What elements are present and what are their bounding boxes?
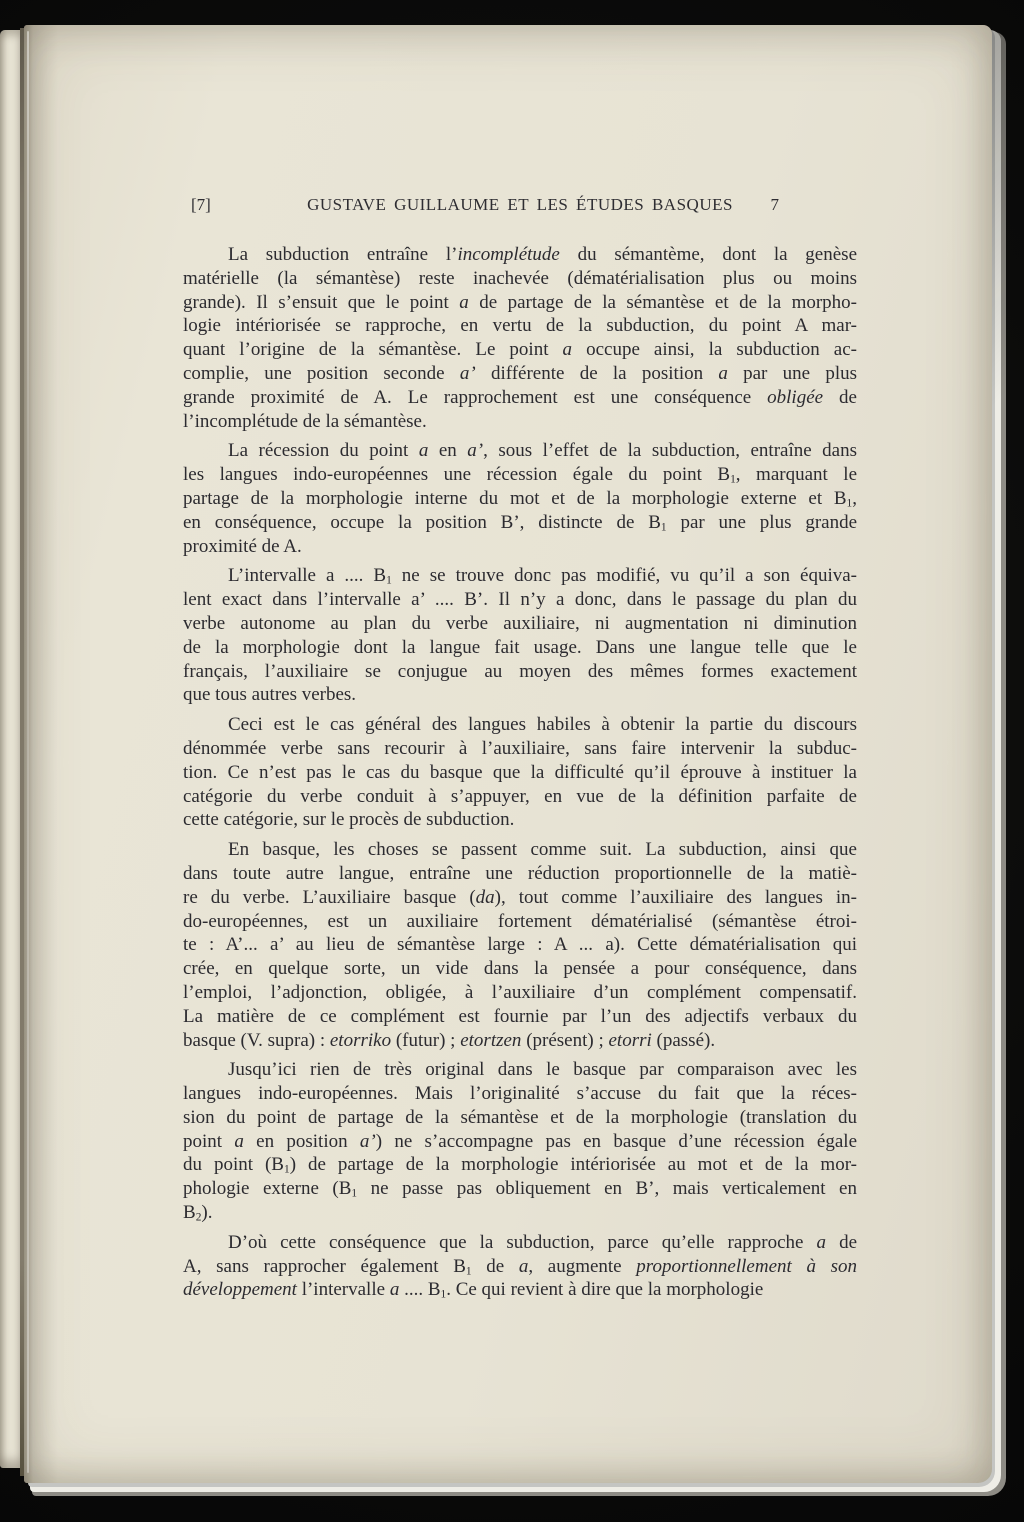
text-line: re du verbe. L’auxiliaire basque (da), t… — [183, 886, 857, 910]
text-line: développement l’intervalle a .... B1. Ce… — [183, 1278, 857, 1302]
bracket-folio: [7] — [191, 194, 211, 216]
text-line: matérielle (la sémantèse) reste inachevé… — [183, 267, 857, 291]
text-line: quant l’origine de la sémantèse. Le poin… — [183, 338, 857, 362]
text-line: de la morphologie dont la langue fait us… — [183, 636, 857, 660]
text-line: sion du point de partage de la sémantèse… — [183, 1106, 857, 1130]
text-line: complie, une position seconde a’ différe… — [183, 362, 857, 386]
text-line: les langues indo-européennes une récessi… — [183, 463, 857, 487]
paragraph: D’où cette conséquence que la subduction… — [183, 1231, 857, 1302]
text-line: langues indo-européennes. Mais l’origina… — [183, 1082, 857, 1106]
text-line: basque (V. supra) : etorriko (futur) ; e… — [183, 1029, 857, 1053]
text-line: L’intervalle a .... B1 ne se trouve donc… — [183, 564, 857, 588]
text-line: te : A’... a’ au lieu de sémantèse large… — [183, 933, 857, 957]
text-line: proximité de A. — [183, 535, 857, 559]
text-line: Jusqu’ici rien de très original dans le … — [183, 1058, 857, 1082]
running-title: GUSTAVE GUILLAUME ET LES ÉTUDES BASQUES — [307, 195, 733, 214]
page-number: 7 — [771, 194, 780, 216]
page-content: [7] GUSTAVE GUILLAUME ET LES ÉTUDES BASQ… — [183, 194, 857, 1308]
text-line: lent exact dans l’intervalle a’ .... B’.… — [183, 588, 857, 612]
text-line: partage de la morphologie interne du mot… — [183, 487, 857, 511]
paragraph: La subduction entraîne l’incomplétude du… — [183, 243, 857, 433]
previous-page-edge — [0, 30, 21, 1468]
text-line: point a en position a’) ne s’accompagne … — [183, 1130, 857, 1154]
text-line: La subduction entraîne l’incomplétude du… — [183, 243, 857, 267]
text-line: grande). Il s’ensuit que le point a de p… — [183, 291, 857, 315]
text-line: français, l’auxiliaire se conjugue au mo… — [183, 660, 857, 684]
text-line: tion. Ce n’est pas le cas du basque que … — [183, 761, 857, 785]
text-line: que tous autres verbes. — [183, 683, 857, 707]
text-line: La récession du point a en a’, sous l’ef… — [183, 439, 857, 463]
text-line: verbe autonome au plan du verbe auxiliai… — [183, 612, 857, 636]
running-head: [7] GUSTAVE GUILLAUME ET LES ÉTUDES BASQ… — [183, 194, 857, 216]
text-line: dénommée verbe sans recourir à l’auxilia… — [183, 737, 857, 761]
paragraph: La récession du point a en a’, sous l’ef… — [183, 439, 857, 558]
text-line: dans toute autre langue, entraîne une ré… — [183, 862, 857, 886]
text-line: crée, en quelque sorte, un vide dans la … — [183, 957, 857, 981]
text-line: phologie externe (B1 ne passe pas obliqu… — [183, 1177, 857, 1201]
text-line: catégorie du verbe conduit à s’appuyer, … — [183, 785, 857, 809]
text-line: logie intériorisée se rapproche, en vert… — [183, 314, 857, 338]
book-page: [7] GUSTAVE GUILLAUME ET LES ÉTUDES BASQ… — [24, 25, 992, 1483]
text-line: grande proximité de A. Le rapprochement … — [183, 386, 857, 410]
text-line: en conséquence, occupe la position B’, d… — [183, 511, 857, 535]
text-line: En basque, les choses se passent comme s… — [183, 838, 857, 862]
text-line: A, sans rapprocher également B1 de a, au… — [183, 1255, 857, 1279]
text-line: cette catégorie, sur le procès de subduc… — [183, 808, 857, 832]
text-line: l’incomplétude de la sémantèse. — [183, 410, 857, 434]
text-line: l’emploi, l’adjonction, obligée, à l’aux… — [183, 981, 857, 1005]
paragraph: En basque, les choses se passent comme s… — [183, 838, 857, 1052]
text-line: do-européennes, est un auxiliaire fortem… — [183, 910, 857, 934]
text-line: La matière de ce complément est fournie … — [183, 1005, 857, 1029]
text-line: du point (B1) de partage de la morpholog… — [183, 1153, 857, 1177]
text-body: La subduction entraîne l’incomplétude du… — [183, 243, 857, 1302]
paragraph: L’intervalle a .... B1 ne se trouve donc… — [183, 564, 857, 707]
text-line: B2). — [183, 1201, 857, 1225]
scanned-book-photo: [7] GUSTAVE GUILLAUME ET LES ÉTUDES BASQ… — [0, 0, 1024, 1522]
text-line: D’où cette conséquence que la subduction… — [183, 1231, 857, 1255]
text-line: Ceci est le cas général des langues habi… — [183, 713, 857, 737]
paragraph: Ceci est le cas général des langues habi… — [183, 713, 857, 832]
paragraph: Jusqu’ici rien de très original dans le … — [183, 1058, 857, 1225]
